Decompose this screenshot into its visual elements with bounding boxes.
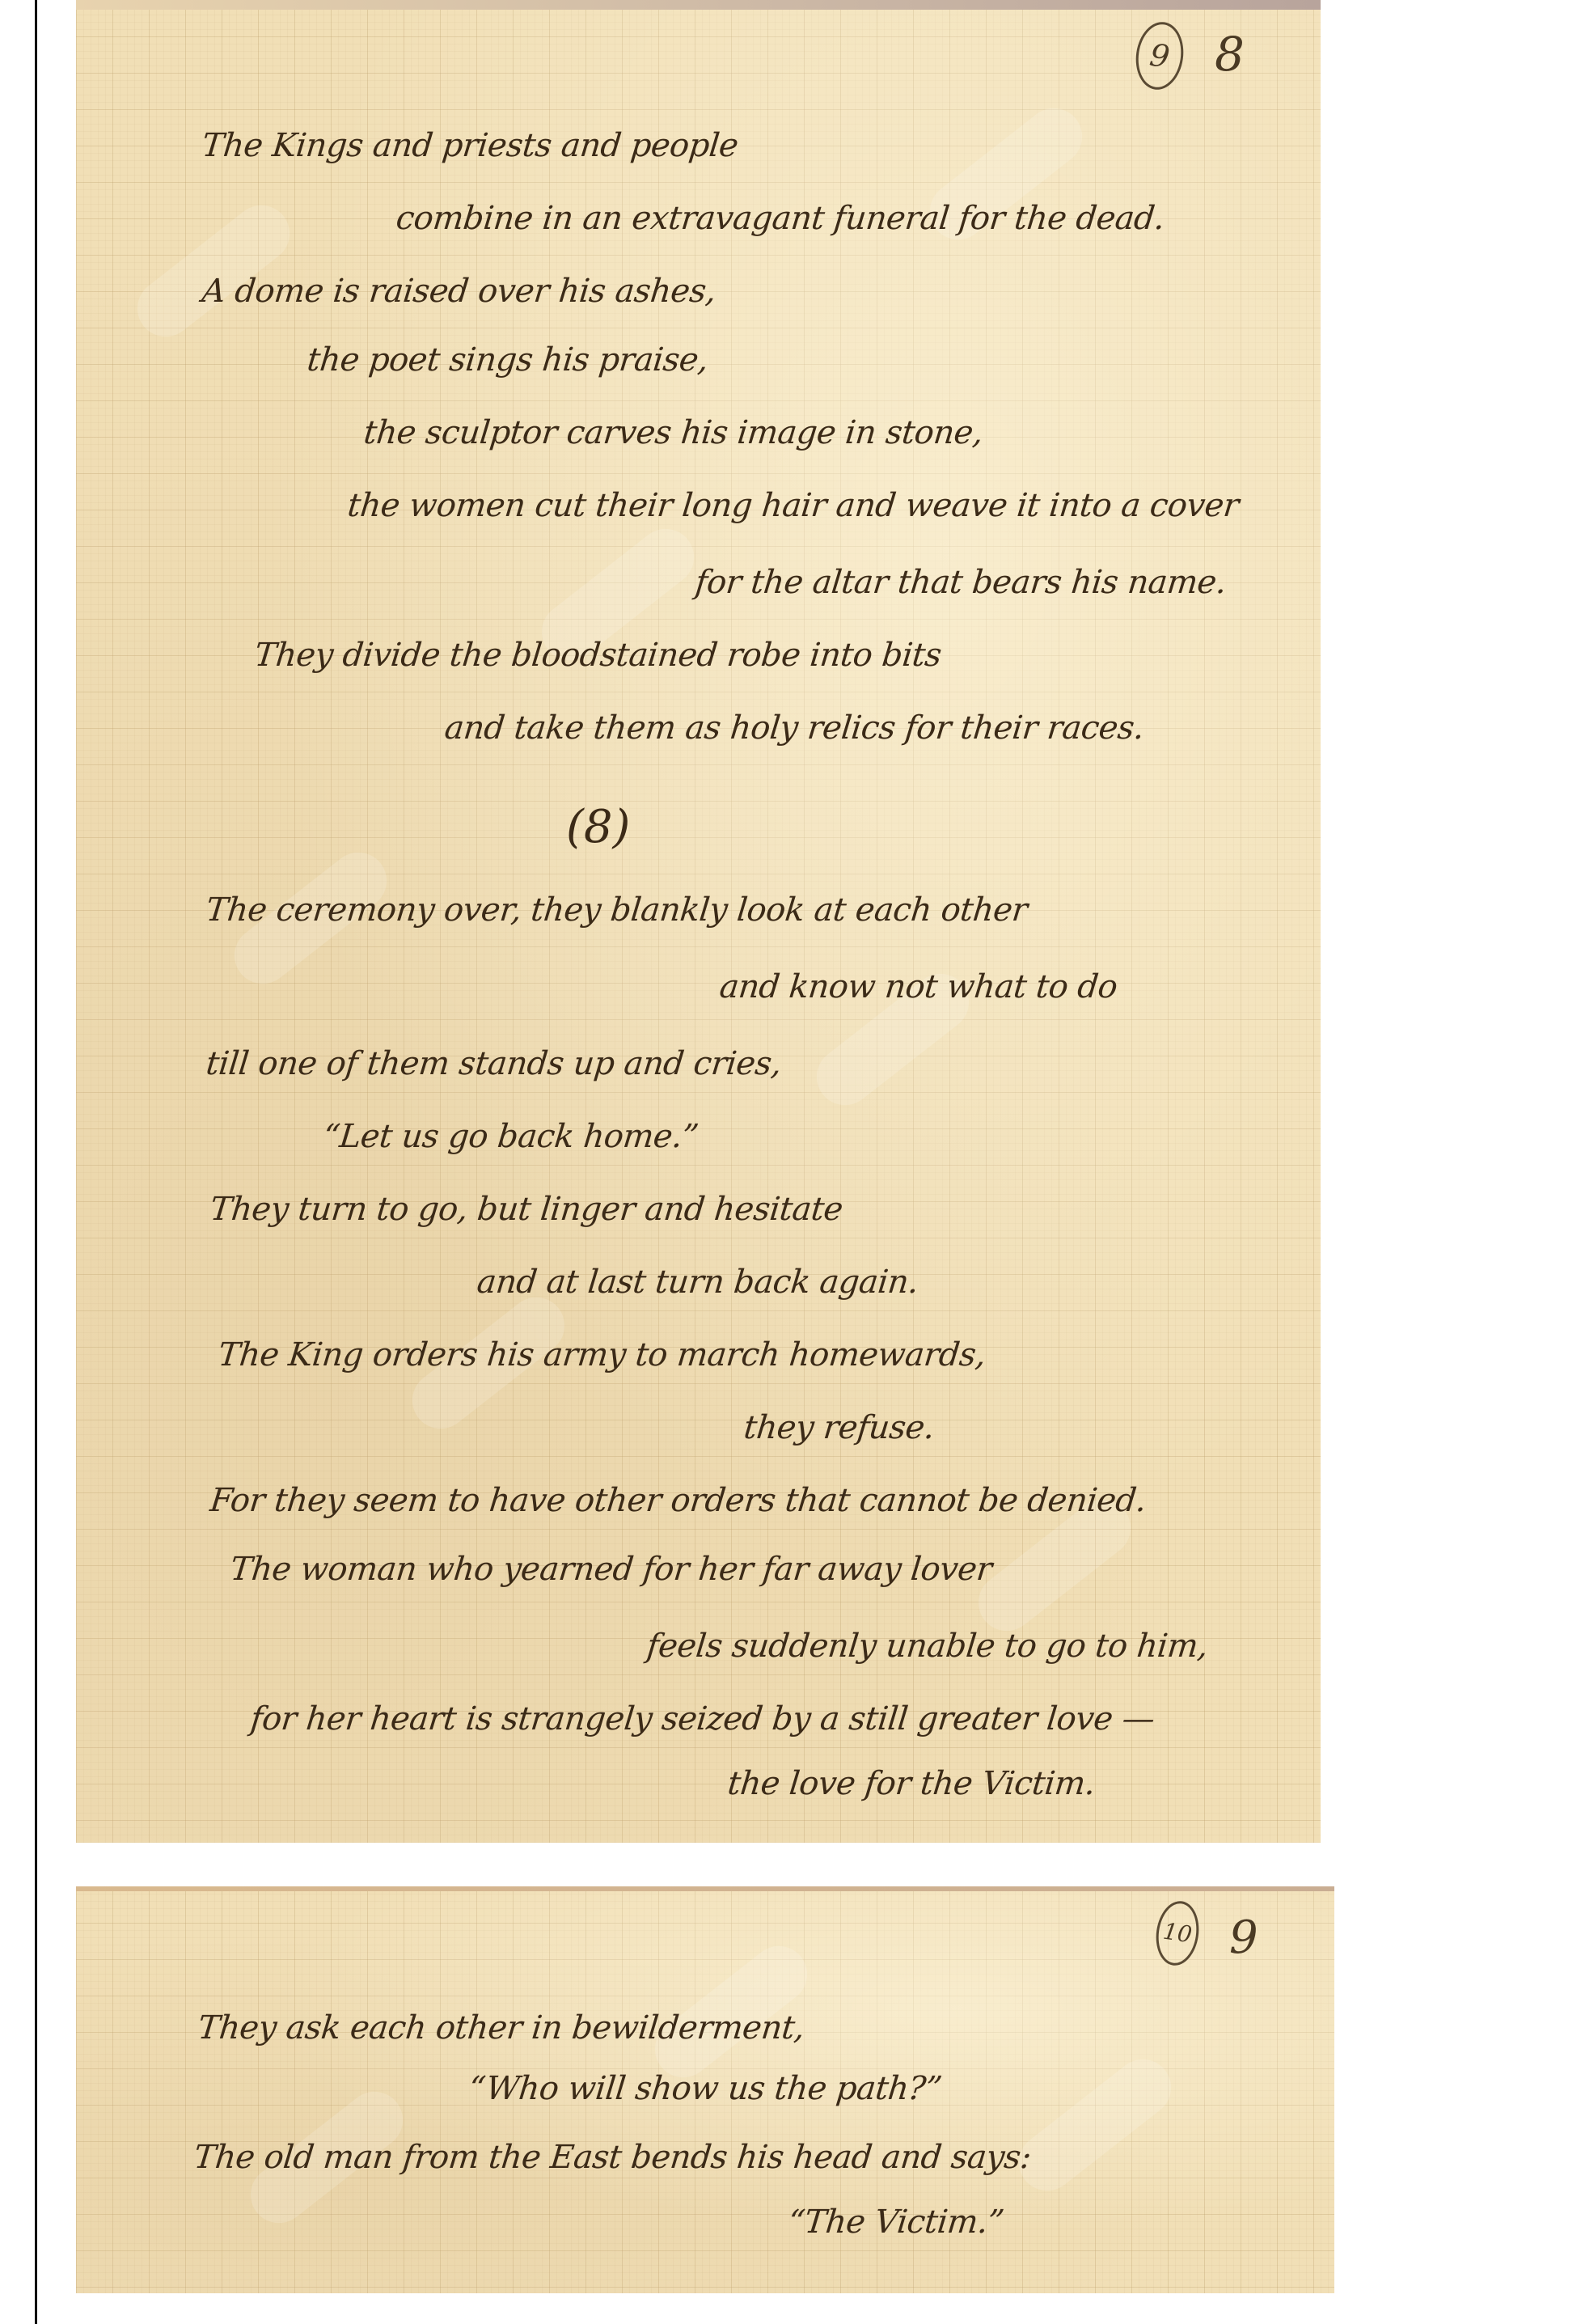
manuscript-line: They divide the bloodstained robe into b… — [253, 639, 943, 671]
manuscript-line: combine in an extravagant funeral for th… — [395, 202, 1166, 235]
manuscript-line: the poet sings his praise, — [306, 344, 710, 376]
manuscript-line: and know not what to do — [718, 971, 1119, 1003]
manuscript-line: and take them as holy relics for their r… — [443, 712, 1146, 744]
page-number-circled: 9 — [1136, 22, 1183, 90]
manuscript-line: They turn to go, but linger and hesitate — [209, 1193, 844, 1225]
section-number: (8) — [566, 805, 630, 850]
manuscript-line: The Kings and priests and people — [201, 129, 740, 162]
manuscript-line: the sculptor carves his image in stone, — [362, 417, 984, 449]
manuscript-line: The woman who yearned for her far away l… — [229, 1553, 993, 1585]
manuscript-line: they refuse. — [742, 1412, 936, 1444]
watermark-stamp — [126, 194, 301, 349]
manuscript-page-1: 9 8 The Kings and priests and people com… — [76, 0, 1321, 1843]
page-number-plain: 8 — [1215, 31, 1245, 78]
page-number-circled: 10 — [1156, 1901, 1198, 1966]
manuscript-line: The King orders his army to march homewa… — [217, 1339, 987, 1371]
manuscript-line: for the altar that bears his name. — [694, 566, 1228, 599]
manuscript-line: feels suddenly unable to go to him, — [645, 1630, 1209, 1662]
manuscript-line: the love for the Victim. — [726, 1767, 1097, 1800]
manuscript-line: and at last turn back again. — [476, 1266, 920, 1298]
manuscript-line: “The Victim.” — [787, 2206, 1005, 2238]
manuscript-line: for her heart is strangely seized by a s… — [249, 1703, 1156, 1735]
manuscript-line: “Let us go back home.” — [322, 1120, 700, 1153]
left-margin-rule — [35, 0, 37, 2324]
manuscript-line: For they seem to have other orders that … — [209, 1484, 1148, 1517]
watermark-stamp — [1008, 2048, 1182, 2203]
manuscript-line: “Who will show us the path?” — [467, 2072, 944, 2105]
manuscript-line: The old man from the East bends his head… — [192, 2141, 1033, 2174]
manuscript-line: till one of them stands up and cries, — [205, 1048, 783, 1080]
page-number-plain: 9 — [1229, 1916, 1258, 1961]
manuscript-line: The ceremony over, they blankly look at … — [205, 894, 1029, 926]
manuscript-page-2: 10 9 They ask each other in bewilderment… — [76, 1886, 1334, 2293]
manuscript-line: A dome is raised over his ashes, — [201, 275, 717, 307]
manuscript-line: They ask each other in bewilderment, — [197, 2012, 806, 2044]
manuscript-line: the women cut their long hair and weave … — [346, 489, 1241, 522]
